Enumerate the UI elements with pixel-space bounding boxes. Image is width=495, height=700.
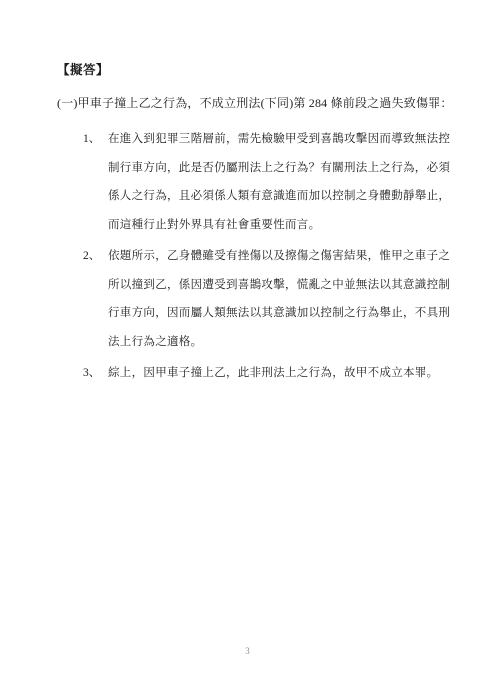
item-number: 2、: [83, 242, 108, 271]
list-item: 3、 綜上，因甲車子撞上乙，此非刑法上之行為，故甲不成立本罪。: [83, 359, 457, 388]
answer-items: 1、 在進入到犯罪三階層前，需先檢驗甲受到喜鵲攻擊因而導致無法控 制行車方向，此…: [83, 125, 457, 388]
list-item: 1、 在進入到犯罪三階層前，需先檢驗甲受到喜鵲攻擊因而導致無法控 制行車方向，此…: [83, 125, 457, 239]
section-heading: (一)甲車子撞上乙之行為，不成立刑法(下同)第 284 條前段之過失致傷罪：: [57, 95, 457, 111]
item-text: 綜上，因甲車子撞上乙，此非刑法上之行為，故甲不成立本罪。: [108, 359, 453, 388]
item-number: 1、: [83, 125, 108, 154]
item-text: 在進入到犯罪三階層前，需先檢驗甲受到喜鵲攻擊因而導致無法控 制行車方向，此是否仍…: [108, 125, 453, 239]
answer-content: 【擬答】 (一)甲車子撞上乙之行為，不成立刑法(下同)第 284 條前段之過失致…: [57, 62, 457, 388]
page-number: 3: [0, 646, 495, 656]
item-number: 3、: [83, 359, 108, 388]
document-page: 【擬答】 (一)甲車子撞上乙之行為，不成立刑法(下同)第 284 條前段之過失致…: [0, 0, 495, 700]
list-item: 2、 依題所示，乙身體雖受有挫傷以及擦傷之傷害結果，惟甲之車子之 所以撞到乙，係…: [83, 242, 457, 356]
answer-label: 【擬答】: [57, 62, 457, 78]
item-text: 依題所示，乙身體雖受有挫傷以及擦傷之傷害結果，惟甲之車子之 所以撞到乙，係因遭受…: [108, 242, 453, 356]
